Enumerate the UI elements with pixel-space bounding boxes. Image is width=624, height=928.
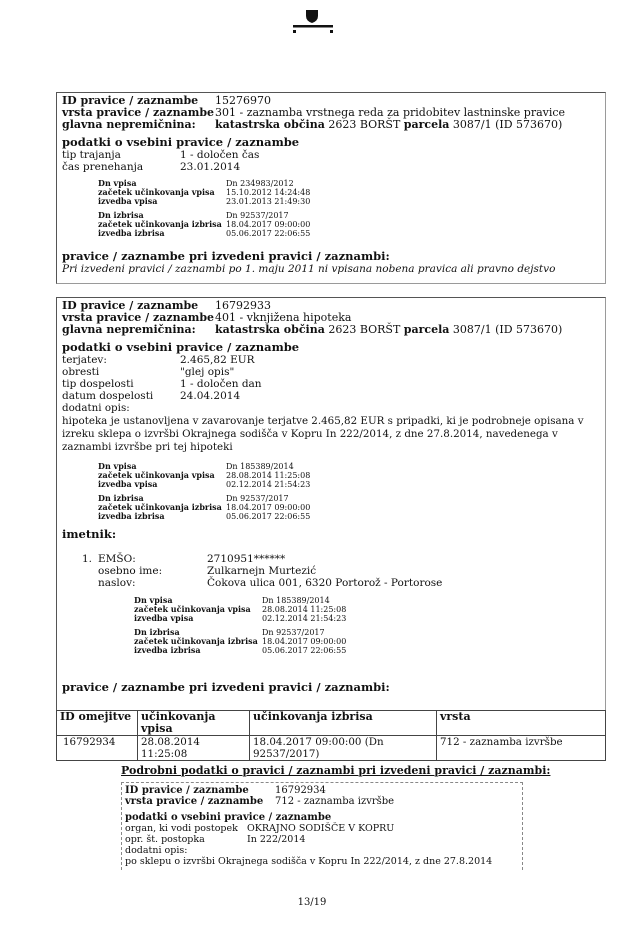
field-row: EMŠO:2710951****** <box>98 553 442 565</box>
table-cell: 712 - zaznamba izvršbe <box>437 736 606 761</box>
detail-content: organ, ki vodi postopekOKRAJNO SODIŠČE V… <box>125 823 519 845</box>
field-label: izvedba vpisa <box>134 614 262 623</box>
field-value: Dn 185389/2014 <box>226 462 294 471</box>
field-row: izvedba izbrisa05.06.2017 22:06:55 <box>98 512 600 521</box>
content-heading: podatki o vsebini pravice / zaznambe <box>62 136 600 149</box>
entry-block: Dn vpisaDn 185389/2014začetek učinkovanj… <box>98 462 600 489</box>
table-cell: 18.04.2017 09:00:00 (Dn 92537/2017) <box>250 736 437 761</box>
field-row: obresti"glej opis" <box>62 366 600 378</box>
content-heading: podatki o vsebini pravice / zaznambe <box>62 341 600 354</box>
field-value: 28.08.2014 11:25:08 <box>262 605 346 614</box>
field-value: 24.04.2014 <box>180 390 240 402</box>
field-row: začetek učinkovanja vpisa28.08.2014 11:2… <box>134 605 600 614</box>
column-header: učinkovanja izbrisa <box>250 711 437 736</box>
column-header: vrsta <box>437 711 606 736</box>
extra-text: hipoteka je ustanovljena v zavarovanje t… <box>62 415 600 454</box>
field-value: In 222/2014 <box>247 834 305 845</box>
field-label: izvedba izbrisa <box>134 646 262 655</box>
detail-title: Podrobni podatki o pravici / zaznambi pr… <box>121 764 550 777</box>
detail-extra-label: dodatni opis: <box>125 845 519 856</box>
field-row: začetek učinkovanja izbrisa18.04.2017 09… <box>98 503 600 512</box>
detail-content-heading: podatki o vsebini pravice / zaznambe <box>125 812 519 823</box>
field-label: naslov: <box>98 577 207 589</box>
field-row: osebno ime:Zulkarnejn Murtezić <box>98 565 442 577</box>
field-label: organ, ki vodi postopek <box>125 823 247 834</box>
page-number: 13/19 <box>0 897 624 908</box>
column-header: učinkovanja vpisa <box>138 711 250 736</box>
field-value: Zulkarnejn Murtezić <box>207 565 316 577</box>
field-value: 1 - določen čas <box>180 149 259 161</box>
field-label: tip trajanja <box>62 149 180 161</box>
field-row: izvedba izbrisa05.06.2017 22:06:55 <box>134 646 600 655</box>
field-row: čas prenehanja23.01.2014 <box>62 161 600 173</box>
field-value: Čokova ulica 001, 6320 Portorož - Portor… <box>207 577 442 589</box>
delete-block: Dn izbrisaDn 92537/2017začetek učinkovan… <box>98 494 600 521</box>
entry-block: Dn vpisaDn 234983/2012začetek učinkovanj… <box>98 179 600 206</box>
field-value: 23.01.2014 <box>180 161 240 173</box>
derived-rights-table: ID omejitveučinkovanja vpisaučinkovanja … <box>56 710 606 761</box>
field-label: osebno ime: <box>98 565 207 577</box>
table-header: ID omejitveučinkovanja vpisaučinkovanja … <box>57 711 606 736</box>
field-label: izvedba izbrisa <box>98 229 226 238</box>
field-value: 1 - določen dan <box>180 378 262 390</box>
derived-note: Pri izvedeni pravici / zaznambi po 1. ma… <box>62 263 600 275</box>
field-value: 02.12.2014 21:54:23 <box>262 614 346 623</box>
field-label: izvedba vpisa <box>98 197 226 206</box>
field-value: 2.465,82 EUR <box>180 354 255 366</box>
field-value: 28.08.2014 11:25:08 <box>226 471 310 480</box>
field-row: izvedba izbrisa05.06.2017 22:06:55 <box>98 229 600 238</box>
field-label: tip dospelosti <box>62 378 180 390</box>
detail-type-row: vrsta pravice / zaznambe712 - zaznamba i… <box>125 796 519 807</box>
field-value: OKRAJNO SODIŠČE V KOPRU <box>247 823 394 834</box>
field-row: terjatev:2.465,82 EUR <box>62 354 600 366</box>
field-row: začetek učinkovanja izbrisa18.04.2017 09… <box>134 637 600 646</box>
field-row: začetek učinkovanja izbrisa18.04.2017 09… <box>98 220 600 229</box>
right-entry-15276970: ID pravice / zaznambe15276970 vrsta prav… <box>56 92 606 284</box>
coat-of-arms-icon <box>0 0 624 40</box>
property-row: glavna nepremičnina:katastrska občina 26… <box>62 119 600 131</box>
extra-label: dodatni opis: <box>62 402 600 415</box>
content-list: terjatev:2.465,82 EURobresti"glej opis"t… <box>62 354 600 402</box>
field-value: Dn 92537/2017 <box>226 211 289 220</box>
table-row: 1679293428.08.2014 11:25:0818.04.2017 09… <box>57 736 606 761</box>
field-label: datum dospelosti <box>62 390 180 402</box>
table-body: 1679293428.08.2014 11:25:0818.04.2017 09… <box>57 736 606 761</box>
field-value: 2710951****** <box>207 553 285 565</box>
field-row: izvedba vpisa02.12.2014 21:54:23 <box>98 480 600 489</box>
right-entry-16792933: ID pravice / zaznambe16792933 vrsta prav… <box>56 297 606 710</box>
property-row: glavna nepremičnina:katastrska občina 26… <box>62 324 600 336</box>
field-row: tip dospelosti1 - določen dan <box>62 378 600 390</box>
table-cell: 28.08.2014 11:25:08 <box>138 736 250 761</box>
field-label: izvedba izbrisa <box>98 512 226 521</box>
field-row: izvedba vpisa02.12.2014 21:54:23 <box>134 614 600 623</box>
field-value: 02.12.2014 21:54:23 <box>226 480 310 489</box>
field-value: 05.06.2017 22:06:55 <box>226 229 310 238</box>
delete-block: Dn izbrisaDn 92537/2017začetek učinkovan… <box>98 211 600 238</box>
detail-box: ID pravice / zaznambe16792934 vrsta prav… <box>121 782 523 870</box>
derived-heading: pravice / zaznambe pri izvedeni pravici … <box>62 681 600 694</box>
content-list: tip trajanja1 - določen časčas prenehanj… <box>62 149 600 173</box>
holder-heading: imetnik: <box>62 528 600 541</box>
field-row: datum dospelosti24.04.2014 <box>62 390 600 402</box>
column-header: ID omejitve <box>57 711 138 736</box>
field-value: 18.04.2017 09:00:00 <box>226 220 310 229</box>
field-value: Dn 185389/2014 <box>262 596 330 605</box>
field-value: 15.10.2012 14:24:48 <box>226 188 310 197</box>
field-label: EMŠO: <box>98 553 207 565</box>
field-row: izvedba vpisa23.01.2013 21:49:30 <box>98 197 600 206</box>
field-value: 18.04.2017 09:00:00 <box>262 637 346 646</box>
holder-item: 1. EMŠO:2710951******osebno ime:Zulkarne… <box>82 553 600 589</box>
field-label: terjatev: <box>62 354 180 366</box>
field-row: začetek učinkovanja vpisa28.08.2014 11:2… <box>98 471 600 480</box>
detail-id-row: ID pravice / zaznambe16792934 <box>125 785 519 796</box>
field-label: izvedba vpisa <box>98 480 226 489</box>
field-value: Dn 92537/2017 <box>262 628 325 637</box>
field-value: 05.06.2017 22:06:55 <box>262 646 346 655</box>
field-row: začetek učinkovanja vpisa15.10.2012 14:2… <box>98 188 600 197</box>
field-value: Dn 92537/2017 <box>226 494 289 503</box>
field-label: opr. št. postopka <box>125 834 247 845</box>
table-cell: 16792934 <box>57 736 138 761</box>
field-row: naslov:Čokova ulica 001, 6320 Portorož -… <box>98 577 442 589</box>
field-row: organ, ki vodi postopekOKRAJNO SODIŠČE V… <box>125 823 519 834</box>
field-value: "glej opis" <box>180 366 234 378</box>
holder-delete-block: Dn izbrisaDn 92537/2017začetek učinkovan… <box>134 628 600 655</box>
holder-fields: EMŠO:2710951******osebno ime:Zulkarnejn … <box>98 553 442 589</box>
detail-extra-text: po sklepu o izvršbi Okrajnega sodišča v … <box>125 856 519 867</box>
field-value: Dn 234983/2012 <box>226 179 294 188</box>
holder-entry-block: Dn vpisaDn 185389/2014začetek učinkovanj… <box>134 596 600 623</box>
field-row: tip trajanja1 - določen čas <box>62 149 600 161</box>
derived-heading: pravice / zaznambe pri izvedeni pravici … <box>62 250 600 263</box>
field-label: obresti <box>62 366 180 378</box>
field-value: 05.06.2017 22:06:55 <box>226 512 310 521</box>
field-row: opr. št. postopkaIn 222/2014 <box>125 834 519 845</box>
field-value: 23.01.2013 21:49:30 <box>226 197 310 206</box>
field-label: čas prenehanja <box>62 161 180 173</box>
field-value: 18.04.2017 09:00:00 <box>226 503 310 512</box>
